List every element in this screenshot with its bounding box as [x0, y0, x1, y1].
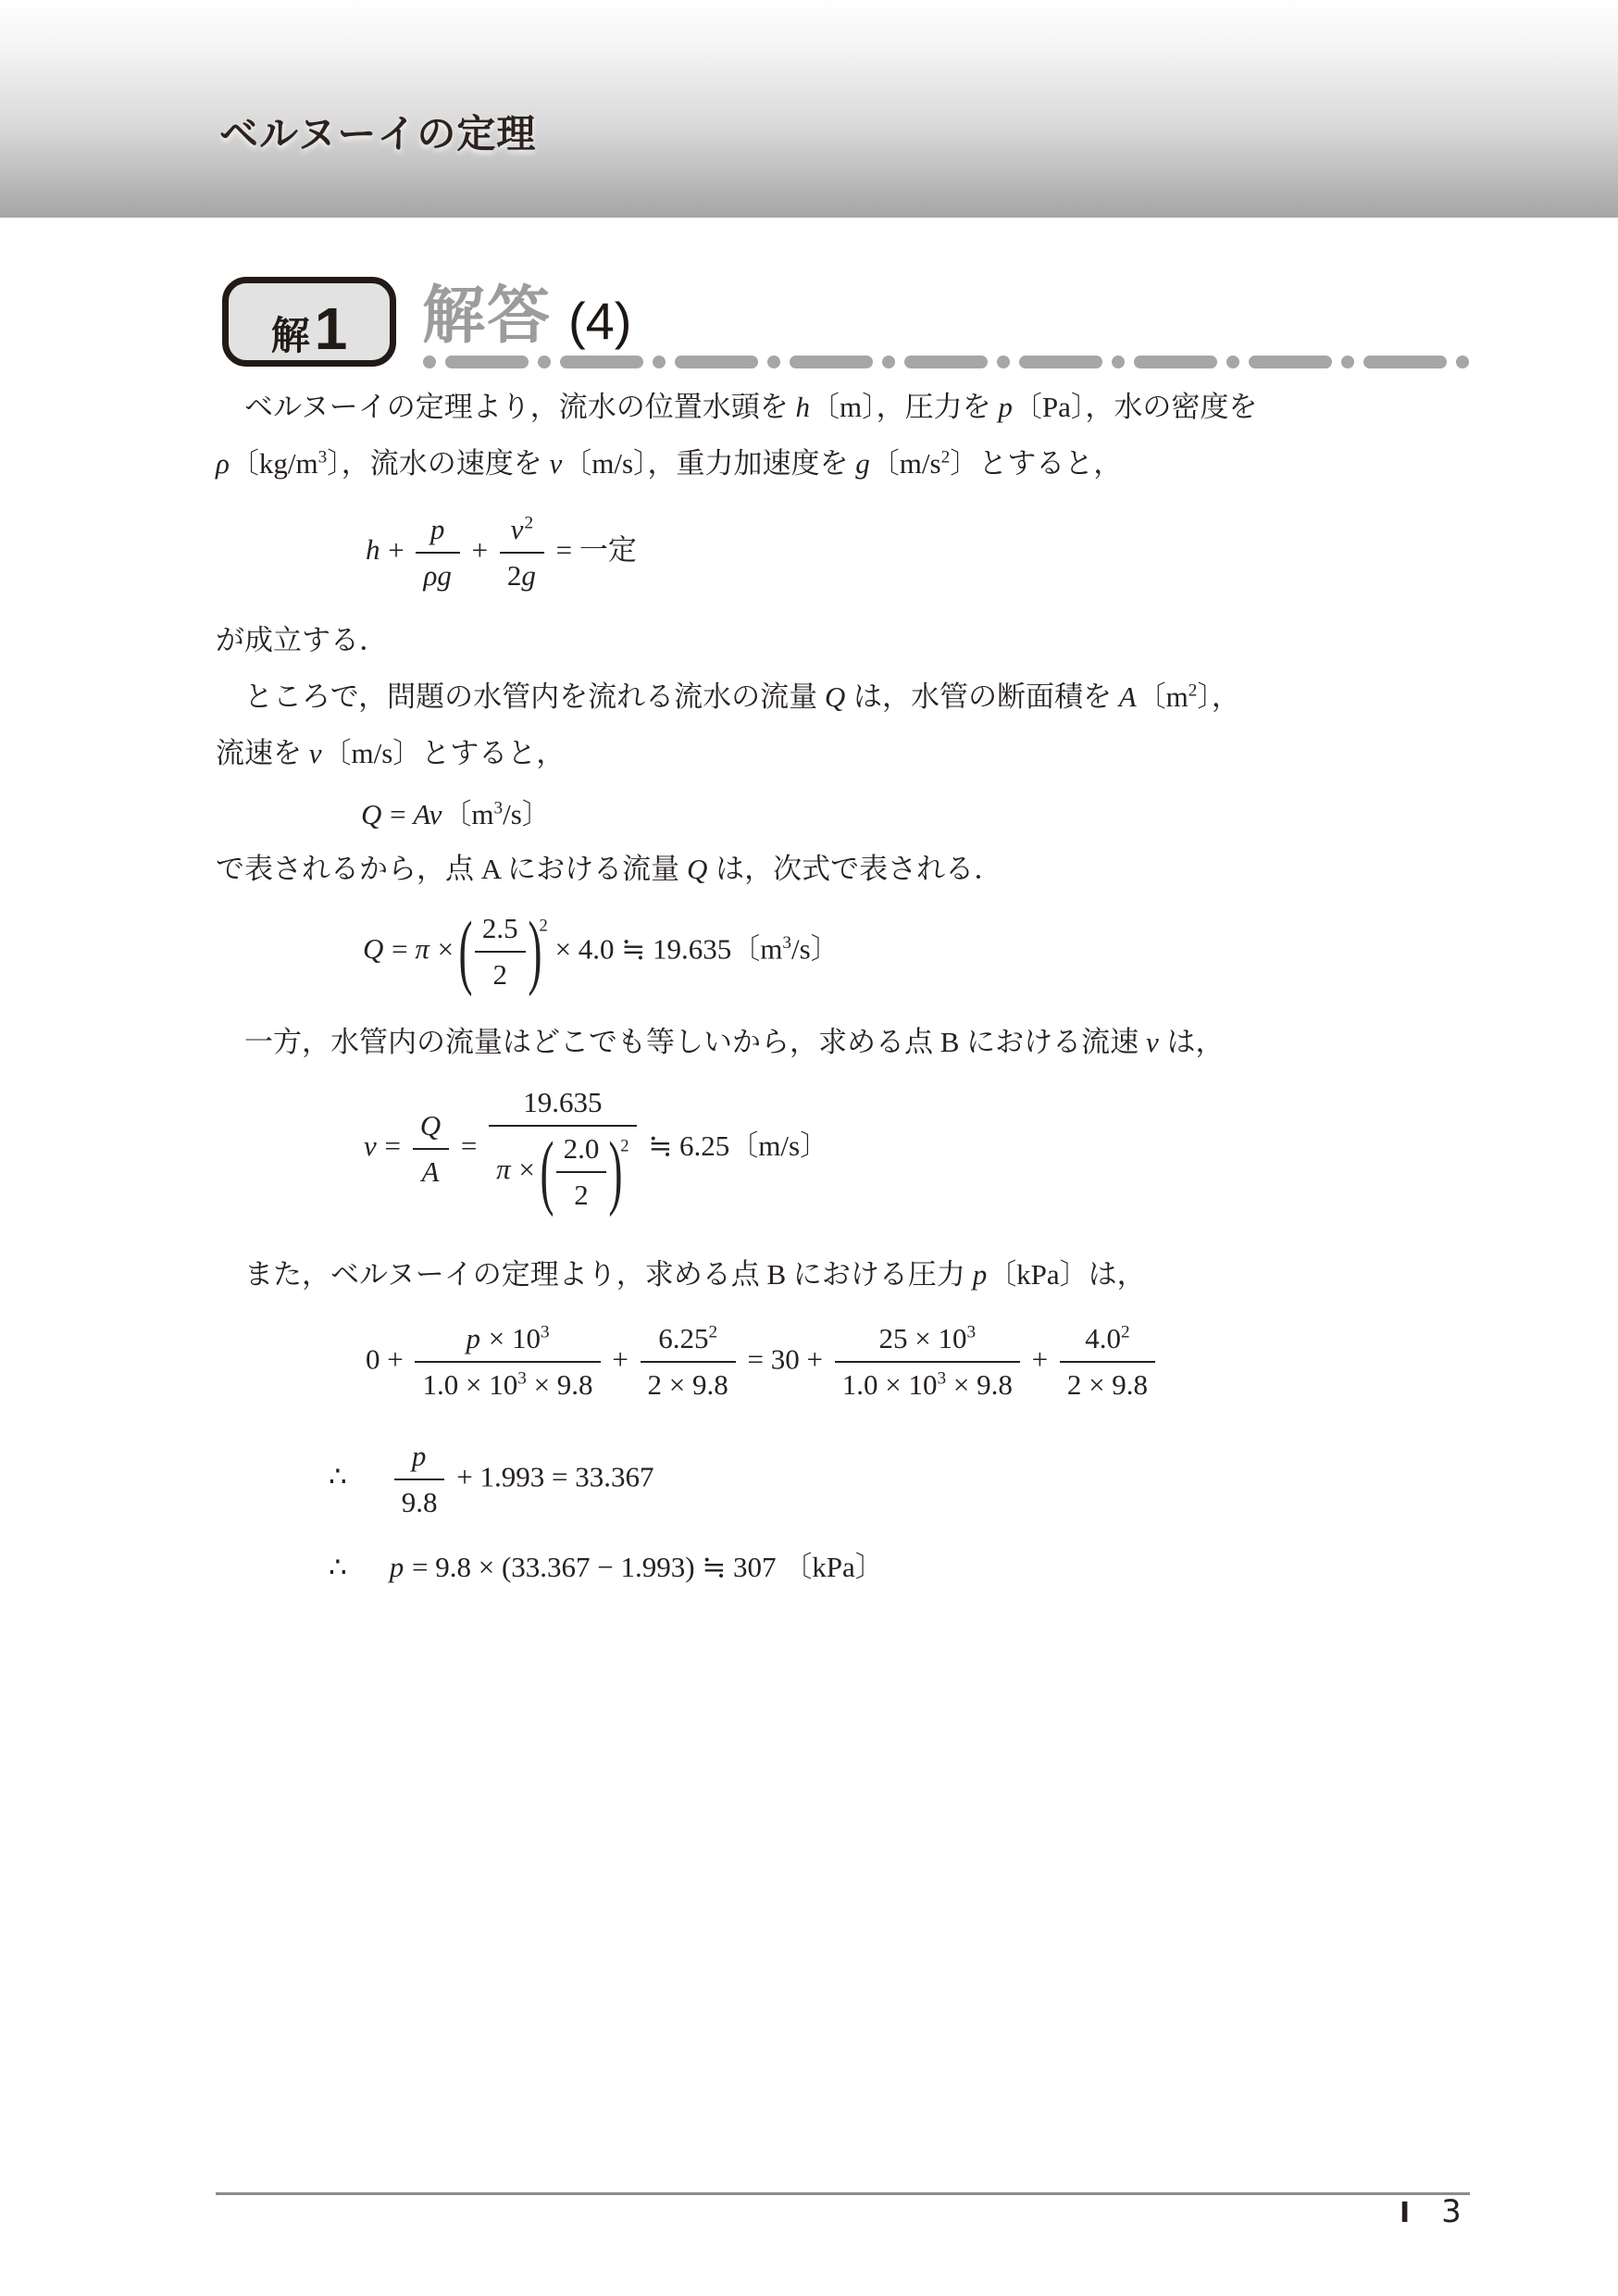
bernoulli-numeric-equation: 0 + p × 1031.0 × 103 × 9.8 + 6.2522 × 9.…	[366, 1321, 1160, 1404]
separator-dot	[653, 356, 666, 368]
therefore-equation-1: ∴p9.8 + 1.993 = 33.367	[329, 1439, 653, 1521]
separator-dot	[1456, 356, 1469, 368]
separator-dot	[882, 356, 895, 368]
page-number: 3	[1441, 2196, 1462, 2227]
pressure-paragraph: また，ベルヌーイの定理より，求める点 B における圧力 p〔kPa〕は，	[216, 1246, 1146, 1303]
q-av-equation: Q = Av〔m3/s〕	[361, 794, 551, 835]
page: ベルヌーイの定理 解 1 解答 (4) ベルヌーイの定理より，流水の位置水頭を …	[0, 0, 1618, 2296]
separator-dash	[1249, 356, 1332, 368]
separator-dash	[1134, 356, 1217, 368]
therefore-equation-2: ∴p = 9.8 × (33.367 − 1.993) ≒ 307 〔kPa〕	[329, 1547, 884, 1588]
separator-dash	[790, 356, 873, 368]
chapter-header: ベルヌーイの定理	[0, 0, 1618, 218]
dashed-separator	[423, 356, 1472, 368]
separator-dash	[1019, 356, 1102, 368]
expressed-line: で表されるから，点 A における流量 Q は，次式で表される．	[216, 841, 1002, 897]
q-value-equation: Q = π × (2.52)2 × 4.0 ≒ 19.635〔m3/s〕	[363, 911, 840, 993]
page-footer: Ⅰ 3	[1400, 2196, 1462, 2227]
volume-label: Ⅰ	[1400, 2200, 1410, 2227]
separator-dot	[997, 356, 1010, 368]
flow-rate-paragraph: ところで，問題の水管内を流れる流水の流量 Q は，水管の断面積を A〔m2〕，流…	[216, 668, 1240, 781]
chapter-title: ベルヌーイの定理	[219, 115, 536, 154]
footer-rule	[216, 2192, 1470, 2195]
v-value-equation: v = QA = 19.635π × (2.02)2 ≒ 6.25〔m/s〕	[364, 1085, 828, 1213]
solution-badge-label: 解	[271, 317, 310, 356]
solution-title-text: 解答	[422, 284, 552, 347]
solution-badge: 解 1	[222, 277, 396, 367]
separator-dash	[675, 356, 758, 368]
separator-dot	[767, 356, 780, 368]
solution-badge-number: 1	[315, 299, 348, 358]
separator-dash	[1363, 356, 1447, 368]
separator-dot	[1341, 356, 1354, 368]
holds-line: が成立する．	[216, 612, 388, 668]
bernoulli-equation: h + pρg + v22g = 一定	[366, 512, 637, 594]
separator-dash	[560, 356, 643, 368]
intro-paragraph: ベルヌーイの定理より，流水の位置水頭を h〔m〕，圧力を p〔Pa〕，水の密度を…	[216, 379, 1257, 492]
separator-dot	[1112, 356, 1125, 368]
separator-dash	[445, 356, 529, 368]
separator-dot	[538, 356, 551, 368]
solution-title-suffix: (4)	[568, 295, 631, 347]
separator-dash	[904, 356, 988, 368]
separator-dot	[423, 356, 436, 368]
separator-dot	[1226, 356, 1239, 368]
velocity-paragraph: 一方，水管内の流量はどこでも等しいから，求める点 B における流速 v は，	[216, 1014, 1224, 1070]
solution-title: 解答 (4)	[422, 284, 631, 347]
